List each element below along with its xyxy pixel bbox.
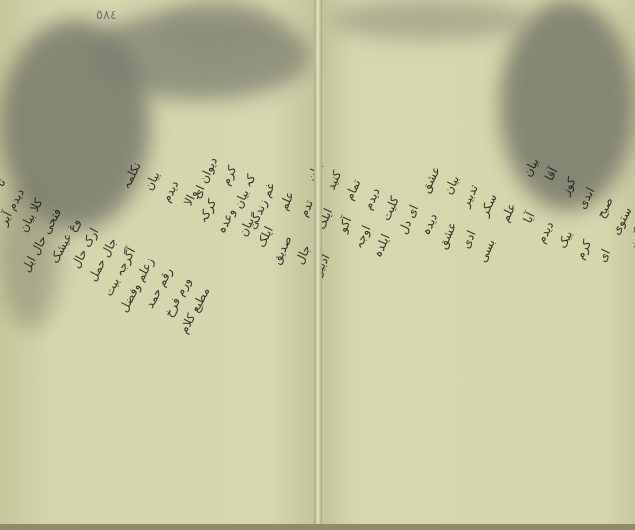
water-stain — [160, 0, 280, 60]
page-bottom-edge — [0, 524, 635, 530]
book-gutter — [314, 0, 322, 530]
manuscript-spread: ٥٨٤ عاطفی وش تا قوم کرمہ دیدم آیر کلا بی… — [0, 0, 635, 530]
water-stain — [330, 0, 530, 40]
folio-number: ٥٨٤ — [96, 8, 117, 23]
